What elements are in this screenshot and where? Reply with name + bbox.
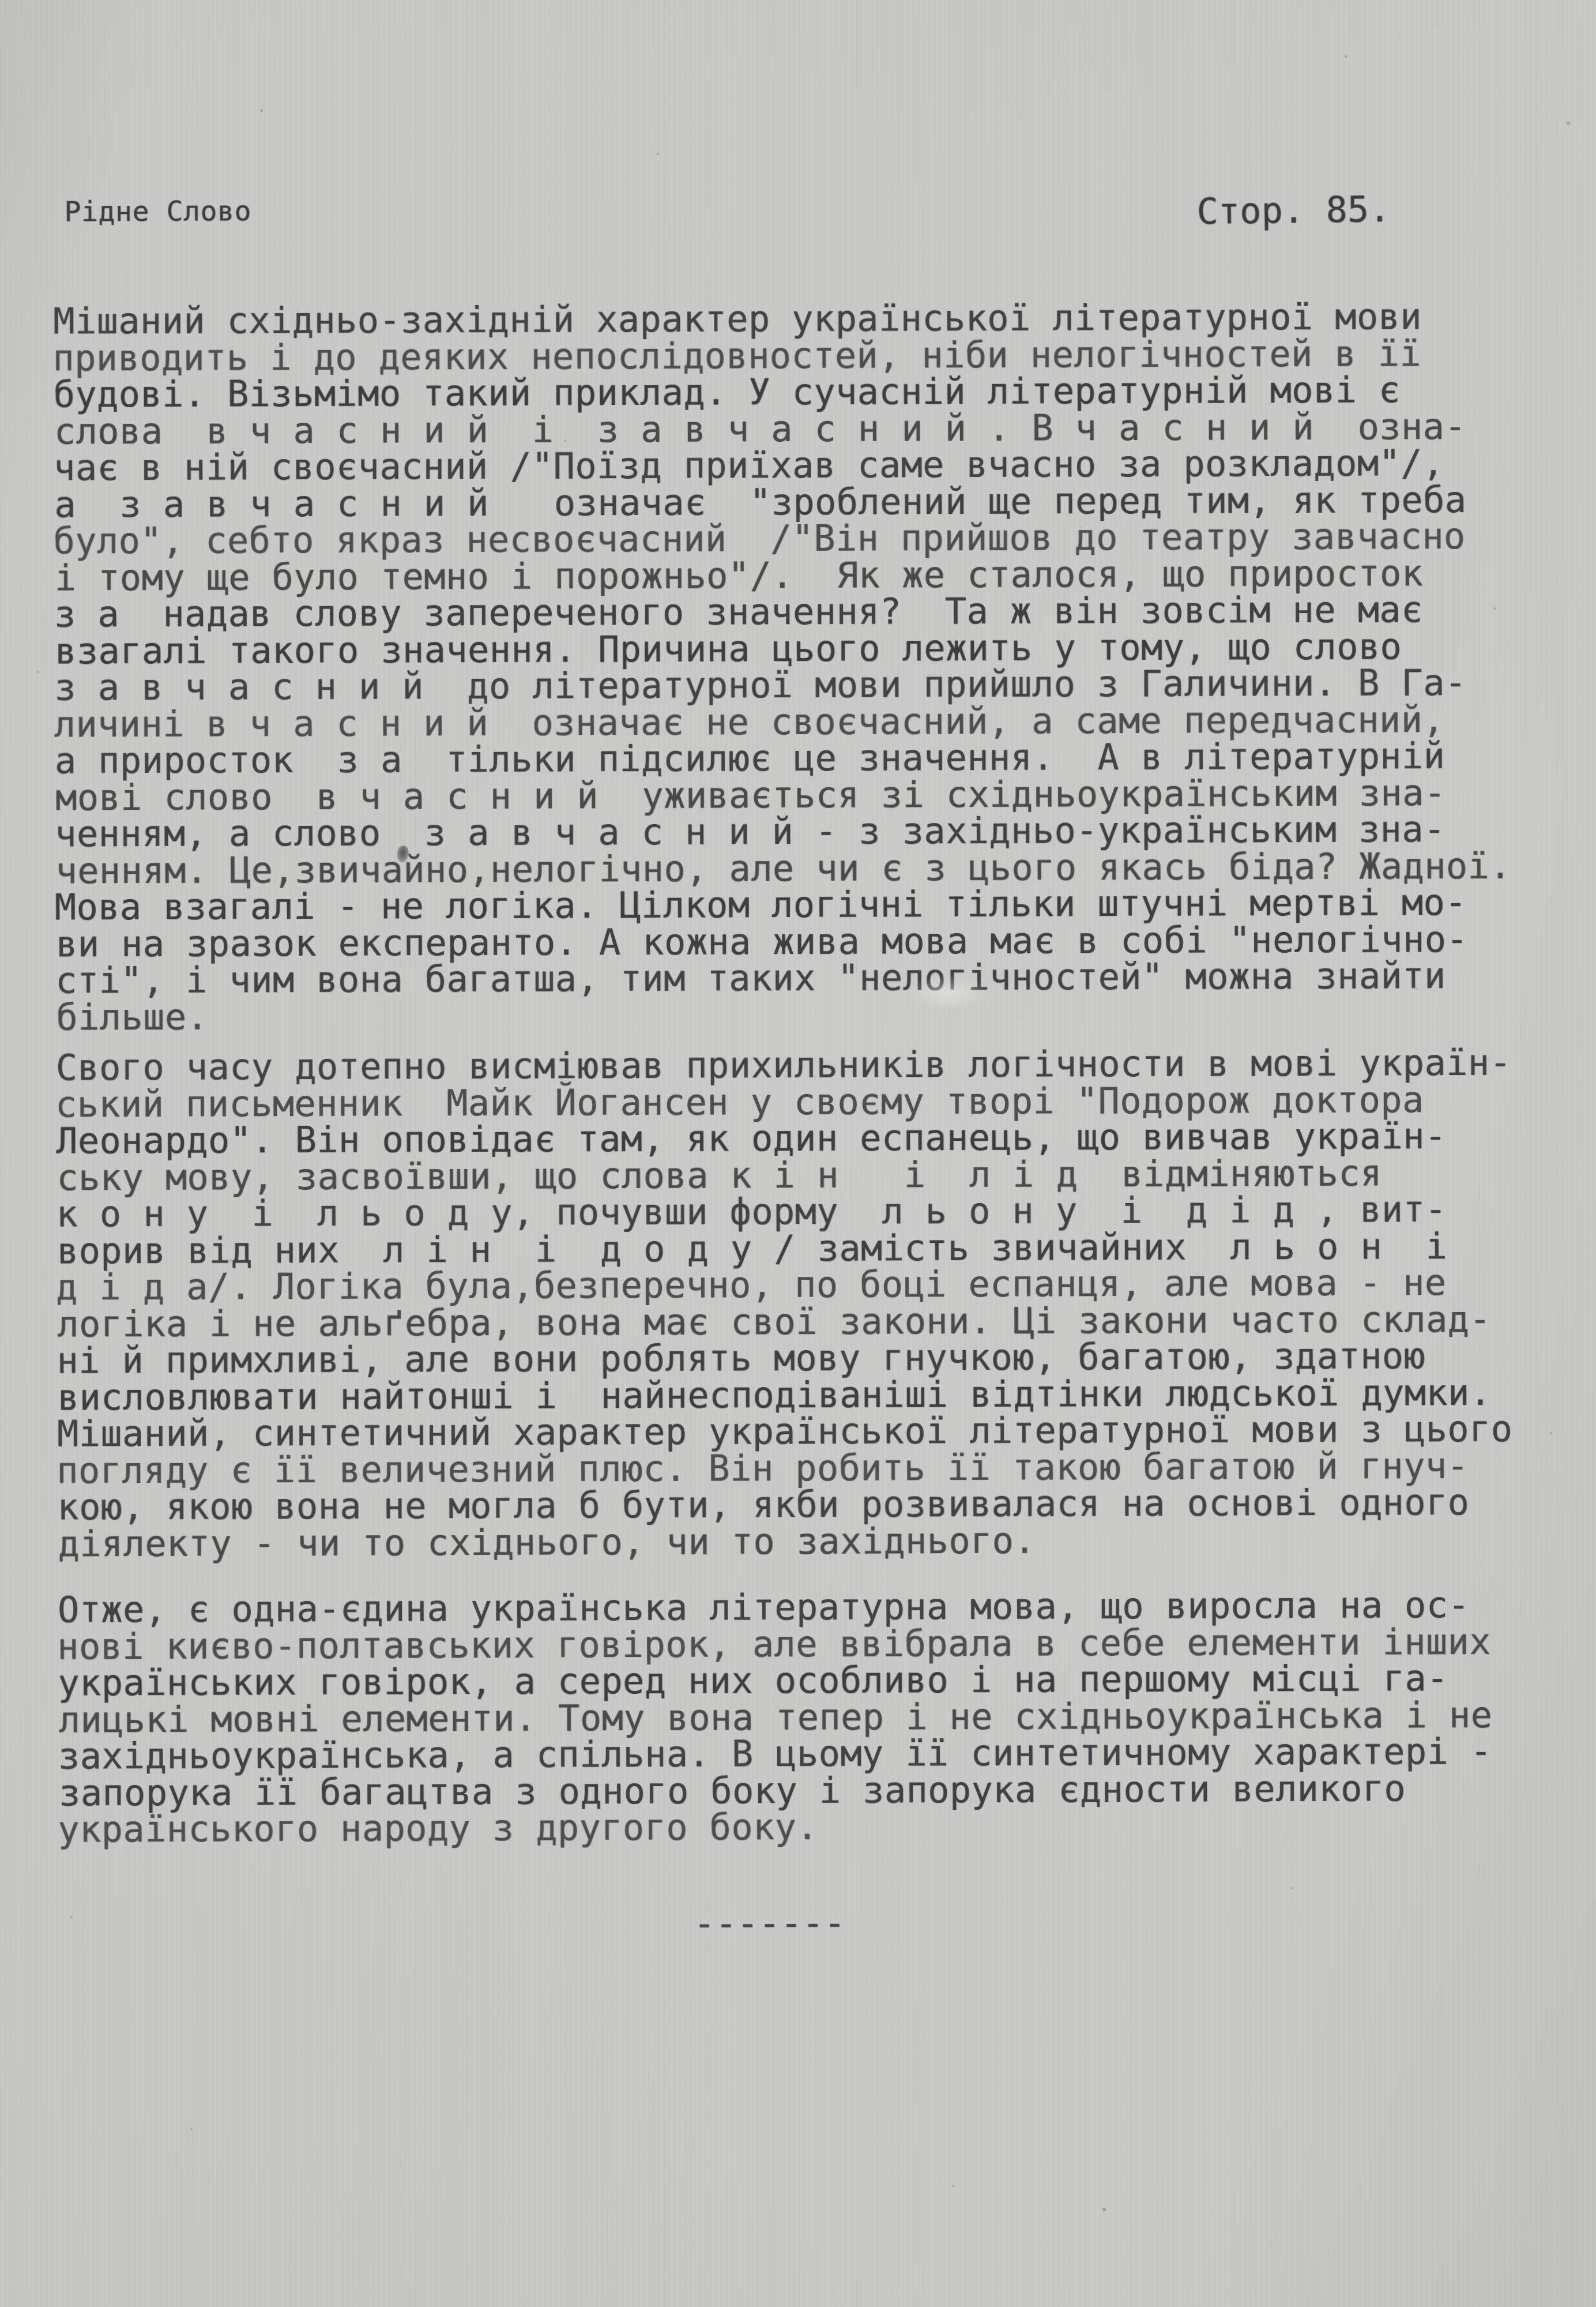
end-of-article-separator: -------: [694, 1905, 846, 1942]
text-line: сті", і чим вона багатша, тим таких "нел…: [55, 957, 1511, 999]
page-content: Рідне Слово Стор. 85. Мішаний східньо-за…: [0, 0, 1596, 2307]
scan-smudge: [908, 975, 989, 1010]
text-line: кою, якою вона не могла б бути, якби роз…: [57, 1484, 1513, 1526]
paragraph-1: Мішаний східньо-західній характер україн…: [53, 298, 1511, 1036]
journal-title: Рідне Слово: [64, 195, 251, 228]
paragraph-3: Отже, є одна-єдина українська літературн…: [58, 1587, 1492, 1848]
text-line: більше.: [56, 994, 1512, 1035]
scanned-typewritten-page: Рідне Слово Стор. 85. Мішаний східньо-за…: [0, 0, 1596, 2307]
paragraph-2: Свого часу дотепно висміював прихильникі…: [56, 1044, 1513, 1562]
text-line: українського народу з другого боку.: [58, 1806, 1492, 1848]
paper-specks: [0, 0, 2, 2]
page-number: Стор. 85.: [1196, 191, 1391, 230]
text-line: діялекту - чи то східнього, чи то західн…: [58, 1520, 1514, 1562]
text-line: запорука її багацтва з одного боку і зап…: [59, 1769, 1493, 1811]
